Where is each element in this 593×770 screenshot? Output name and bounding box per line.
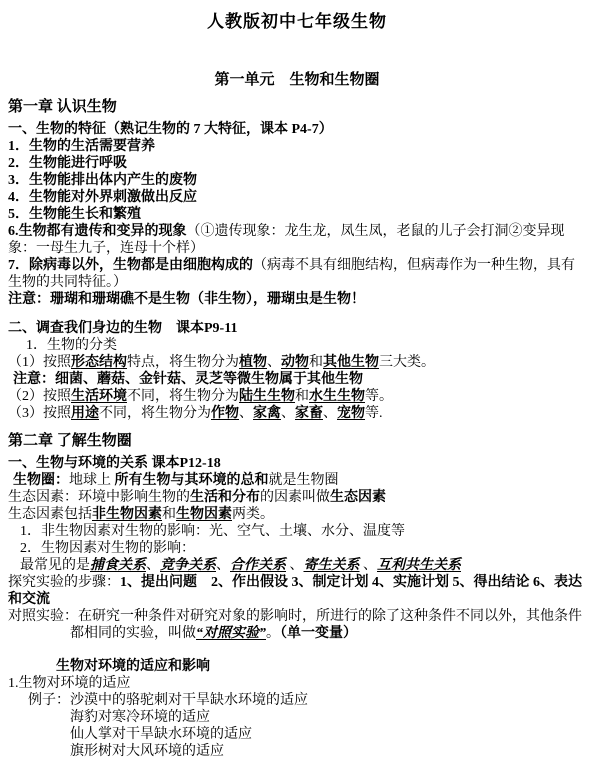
text-segment: 等。 <box>365 389 393 404</box>
text-segment: 海豹对寒冷环境的适应 <box>70 710 210 725</box>
adaptation-example-4: 旗形树对大风环境的适应 <box>8 743 586 760</box>
text-segment: 和 <box>295 389 309 404</box>
text-segment: 2．生物能进行呼吸 <box>8 156 127 171</box>
biosphere-definition: 生物圈：地球上 所有生物与其环境的总和就是生物圈 <box>8 472 586 489</box>
text-segment: 探究实验的步骤： <box>8 575 120 590</box>
classification-item: 1．生物的分类 <box>8 337 586 354</box>
text-segment: 、 <box>281 406 295 421</box>
ecological-factor-definition: 生态因素：环境中影响生物的生活和分布的因素叫做生态因素 <box>8 489 586 506</box>
text-segment: 三大类。 <box>379 355 435 370</box>
text-segment: 旗形树对大风环境的适应 <box>70 744 224 759</box>
control-experiment: 对照实验：在研究一种条件对研究对象的影响时，所进行的除了这种条件不同以外，其他条… <box>8 608 586 642</box>
text-segment: 1.生物对环境的适应 <box>8 676 131 691</box>
document-title: 人教版初中七年级生物 <box>8 10 586 34</box>
text-segment: 第二章 了解生物圈 <box>8 433 132 449</box>
section-features-heading: 一、生物的特征（熟记生物的 7 大特征，课本 P4-7） <box>8 121 586 138</box>
text-segment: （单一变量） <box>280 626 357 641</box>
text-segment: （1）按照 <box>8 355 71 370</box>
classify-by-habitat: （2）按照生活环境不同，将生物分为陆生生物和水生生物等。 <box>8 388 586 405</box>
text-segment: 生态因素 <box>330 490 386 505</box>
text-segment: 第一章 认识生物 <box>8 99 117 115</box>
text-segment: 、 <box>286 558 304 573</box>
text-segment: 一、生物与环境的关系 课本P12-18 <box>8 456 221 471</box>
document-page: 人教版初中七年级生物 第一单元 生物和生物圈 第一章 认识生物一、生物的特征（熟… <box>0 0 593 770</box>
text-segment: 植物 <box>239 355 267 370</box>
text-segment: 的因素叫做 <box>260 490 330 505</box>
text-segment: 作物 <box>211 406 239 421</box>
text-segment: 仙人掌对干旱缺水环境的适应 <box>70 727 252 742</box>
note-microbes: 注意：细菌、蘑菇、金针菇、灵芝等微生物属于其他生物 <box>8 371 586 388</box>
text-segment: 、 <box>323 406 337 421</box>
text-segment: 不同，将生物分为 <box>99 406 211 421</box>
text-segment: “对照实验” <box>196 626 266 641</box>
text-segment: 、 <box>360 558 378 573</box>
text-segment: 地球上 <box>69 473 115 488</box>
text-segment: 、 <box>216 558 230 573</box>
text-segment: 1．生物的分类 <box>26 338 117 353</box>
biotic-factors: 2．生物因素对生物的影响： <box>8 540 586 557</box>
text-segment: 等. <box>365 406 383 421</box>
chapter-1-heading: 第一章 认识生物 <box>8 98 586 116</box>
text-segment: 7．除病毒以外，生物都是由细胞构成的 <box>8 258 253 273</box>
text-segment: 互利共生关系 <box>377 558 461 573</box>
text-segment: 合作关系 <box>230 558 286 573</box>
feature-3: 3．生物能排出体内产生的废物 <box>8 172 586 189</box>
text-segment: （2）按照 <box>8 389 71 404</box>
unit-heading: 第一单元 生物和生物圈 <box>8 70 586 90</box>
text-segment: 例子：沙漠中的骆驼刺对干旱缺水环境的适应 <box>28 693 308 708</box>
section-survey-heading: 二、调查我们身边的生物 课本P9-11 <box>8 320 586 337</box>
adaptation-item: 1.生物对环境的适应 <box>8 675 586 692</box>
adaptation-example-2: 海豹对寒冷环境的适应 <box>8 709 586 726</box>
text-segment: 1．生物的生活需要营养 <box>8 139 155 154</box>
text-segment: 用途 <box>71 406 99 421</box>
note-coral: 注意：珊瑚和珊瑚礁不是生物（非生物），珊瑚虫是生物！ <box>8 291 586 308</box>
section-environment-heading: 一、生物与环境的关系 课本P12-18 <box>8 455 586 472</box>
text-segment: 生物因素 <box>176 507 232 522</box>
text-segment: 生态因素：环境中影响生物的 <box>8 490 190 505</box>
feature-2: 2．生物能进行呼吸 <box>8 155 586 172</box>
text-segment: 、 <box>267 355 281 370</box>
text-segment: 两类。 <box>232 507 274 522</box>
text-segment: 所有生物与其环境的总和 <box>115 473 269 488</box>
text-segment: 捕食关系 <box>90 558 146 573</box>
text-segment: 3．生物能排出体内产生的废物 <box>8 173 197 188</box>
text-segment: 水生生物 <box>309 389 365 404</box>
text-segment: 6.生物都有遗传和变异的现象 <box>8 224 187 239</box>
text-segment: 和 <box>162 507 176 522</box>
feature-1: 1．生物的生活需要营养 <box>8 138 586 155</box>
text-segment: 动物 <box>281 355 309 370</box>
text-segment: 家禽 <box>253 406 281 421</box>
text-segment: 陆生生物 <box>239 389 295 404</box>
chapter-2-heading: 第二章 了解生物圈 <box>8 432 586 450</box>
text-segment: 、 <box>239 406 253 421</box>
common-relations: 最常见的是捕食关系、竞争关系、合作关系 、寄生关系 、互利共生关系 <box>8 557 586 574</box>
text-segment: 二、调查我们身边的生物 课本P9-11 <box>8 321 237 336</box>
text-segment: 生物圈： <box>13 473 69 488</box>
text-segment: （3）按照 <box>8 406 71 421</box>
feature-4: 4．生物能对外界刺激做出反应 <box>8 189 586 206</box>
text-segment: 5．生物能生长和繁殖 <box>8 207 141 222</box>
ecological-factor-types: 生态因素包括非生物因素和生物因素两类。 <box>8 506 586 523</box>
text-segment: 1．非生物因素对生物的影响：光、空气、土壤、水分、温度等 <box>20 524 405 539</box>
text-segment: 生活和分布 <box>190 490 260 505</box>
adaptation-example-3: 仙人掌对干旱缺水环境的适应 <box>8 726 586 743</box>
text-segment: 和 <box>309 355 323 370</box>
feature-5: 5．生物能生长和繁殖 <box>8 206 586 223</box>
text-segment: 注意：细菌、蘑菇、金针菇、灵芝等微生物属于其他生物 <box>13 372 363 387</box>
text-segment: 就是生物圈 <box>269 473 339 488</box>
text-segment: 4．生物能对外界刺激做出反应 <box>8 190 197 205</box>
text-segment: 非生物因素 <box>92 507 162 522</box>
text-segment: 2．生物因素对生物的影响： <box>20 541 195 556</box>
text-segment: 生态因素包括 <box>8 507 92 522</box>
text-segment: 宠物 <box>337 406 365 421</box>
text-segment: 最常见的是 <box>20 558 90 573</box>
abiotic-factors: 1．非生物因素对生物的影响：光、空气、土壤、水分、温度等 <box>8 523 586 540</box>
text-segment: 生物对环境的适应和影响 <box>56 659 210 674</box>
text-segment: 竞争关系 <box>160 558 216 573</box>
text-segment: 生活环境 <box>71 389 127 404</box>
text-segment: 。 <box>266 626 280 641</box>
text-segment: 特点，将生物分为 <box>127 355 239 370</box>
classify-by-morphology: （1）按照形态结构特点，将生物分为植物、动物和其他生物三大类。 <box>8 354 586 371</box>
adaptation-heading: 生物对环境的适应和影响 <box>8 658 586 675</box>
text-segment: 注意：珊瑚和珊瑚礁不是生物（非生物），珊瑚虫是生物！ <box>8 292 365 307</box>
text-segment: 家畜 <box>295 406 323 421</box>
feature-7: 7．除病毒以外，生物都是由细胞构成的（病毒不具有细胞结构，但病毒作为一种生物，具… <box>8 257 586 291</box>
text-segment: 一、生物的特征（熟记生物的 7 大特征，课本 P4-7） <box>8 122 333 137</box>
feature-6: 6.生物都有遗传和变异的现象（①遗传现象：龙生龙，凤生凤，老鼠的儿子会打洞②变异… <box>8 223 586 257</box>
text-segment: 寄生关系 <box>304 558 360 573</box>
text-segment: 其他生物 <box>323 355 379 370</box>
text-segment: 不同，将生物分为 <box>127 389 239 404</box>
text-segment: 形态结构 <box>71 355 127 370</box>
classify-by-use: （3）按照用途不同，将生物分为作物、家禽、家畜、宠物等. <box>8 405 586 422</box>
document-body: 第一章 认识生物一、生物的特征（熟记生物的 7 大特征，课本 P4-7）1．生物… <box>8 98 586 760</box>
text-segment: 、 <box>146 558 160 573</box>
adaptation-example-1: 例子：沙漠中的骆驼刺对干旱缺水环境的适应 <box>8 692 586 709</box>
experiment-steps: 探究实验的步骤：1、提出问题 2、作出假设 3、制定计划 4、实施计划 5、得出… <box>8 574 586 608</box>
